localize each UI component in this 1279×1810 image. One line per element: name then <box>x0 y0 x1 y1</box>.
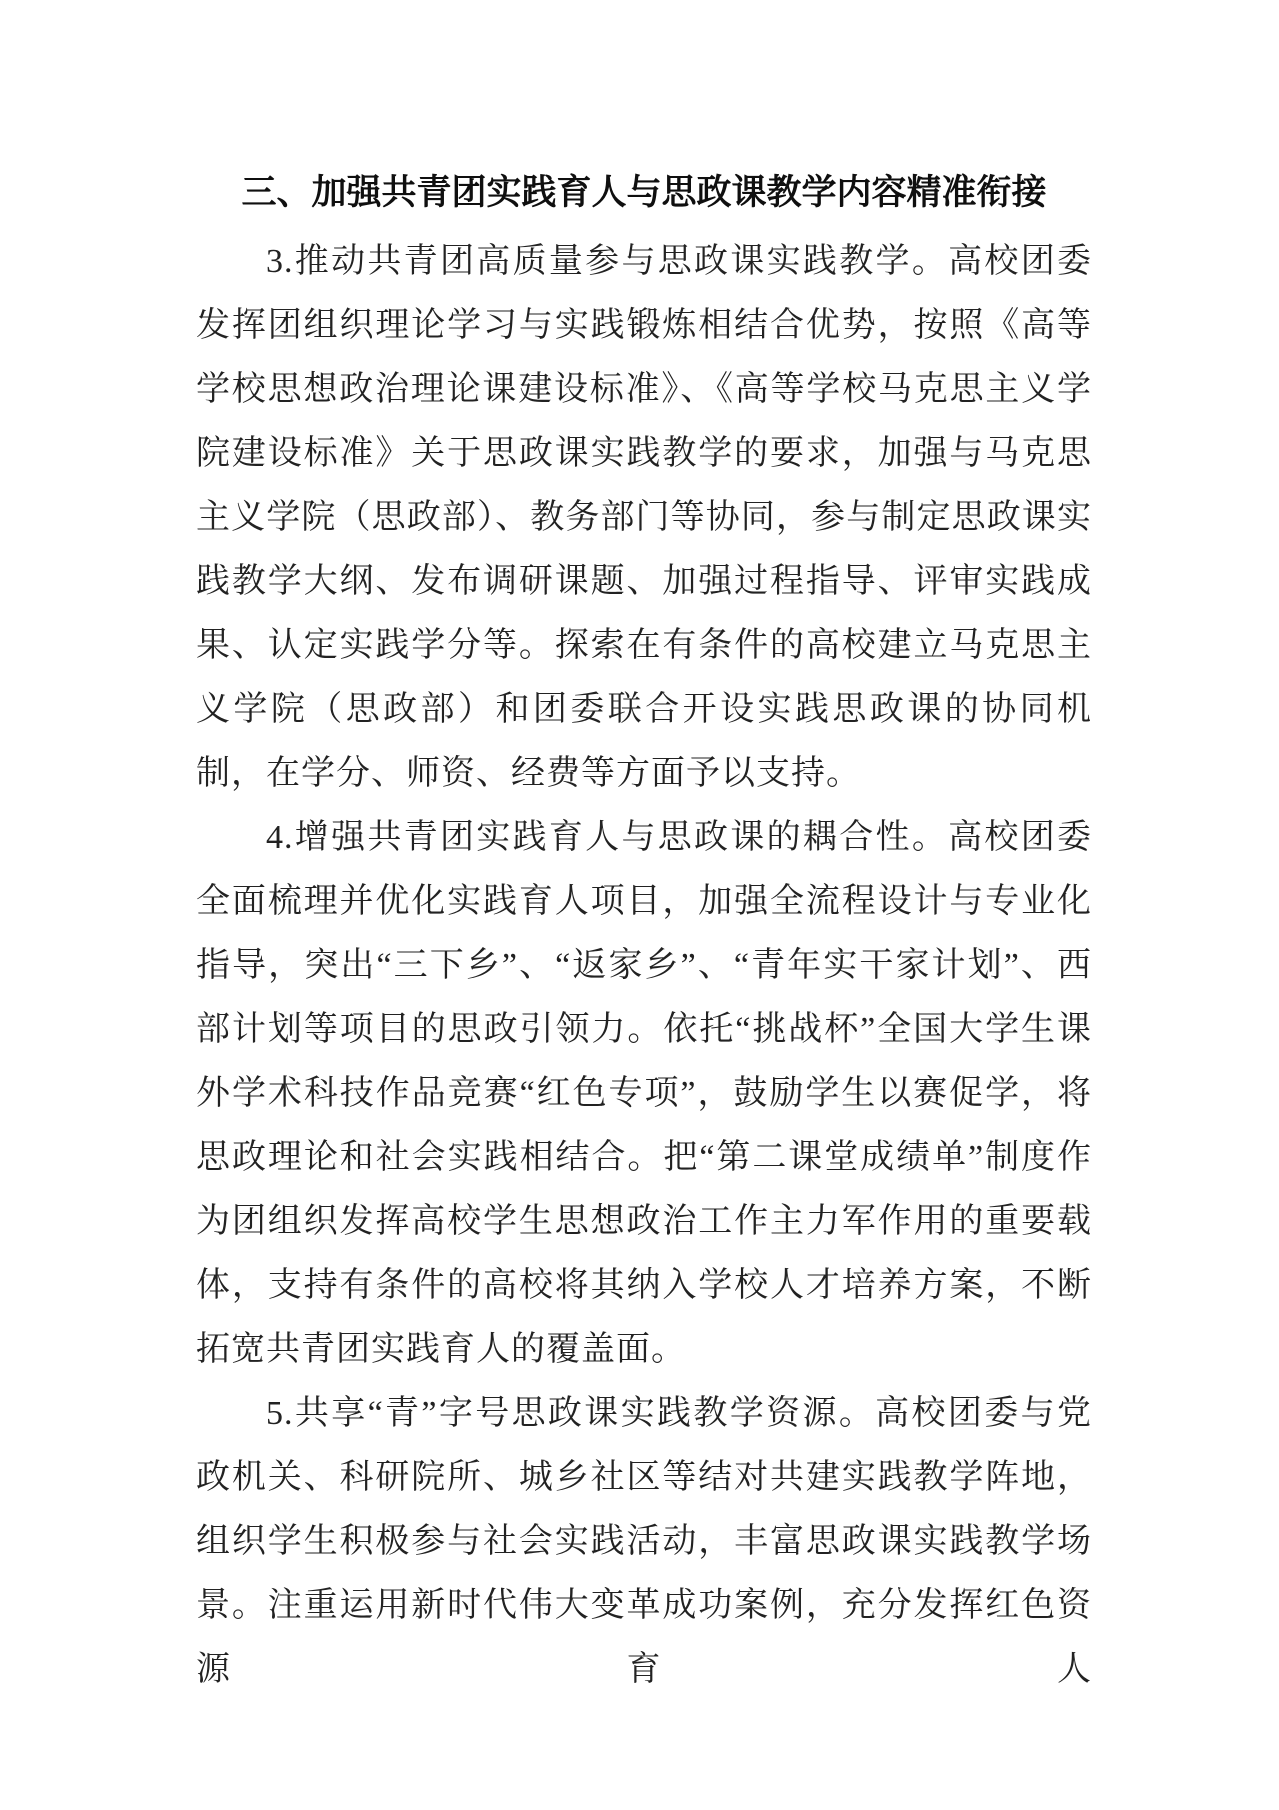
section-heading: 三、加强共青团实践育人与思政课教学内容精准衔接 <box>196 170 1092 216</box>
document-content: 三、加强共青团实践育人与思政课教学内容精准衔接 3.推动共青团高质量参与思政课实… <box>196 170 1092 1702</box>
paragraph-item-5: 5.共享“青”字号思政课实践教学资源。高校团委与党政机关、科研院所、城乡社区等结… <box>196 1382 1092 1702</box>
document-page: 三、加强共青团实践育人与思政课教学内容精准衔接 3.推动共青团高质量参与思政课实… <box>0 0 1279 1810</box>
paragraph-item-3: 3.推动共青团高质量参与思政课实践教学。高校团委发挥团组织理论学习与实践锻炼相结… <box>196 230 1092 806</box>
paragraph-item-4: 4.增强共青团实践育人与思政课的耦合性。高校团委全面梳理并优化实践育人项目，加强… <box>196 806 1092 1382</box>
